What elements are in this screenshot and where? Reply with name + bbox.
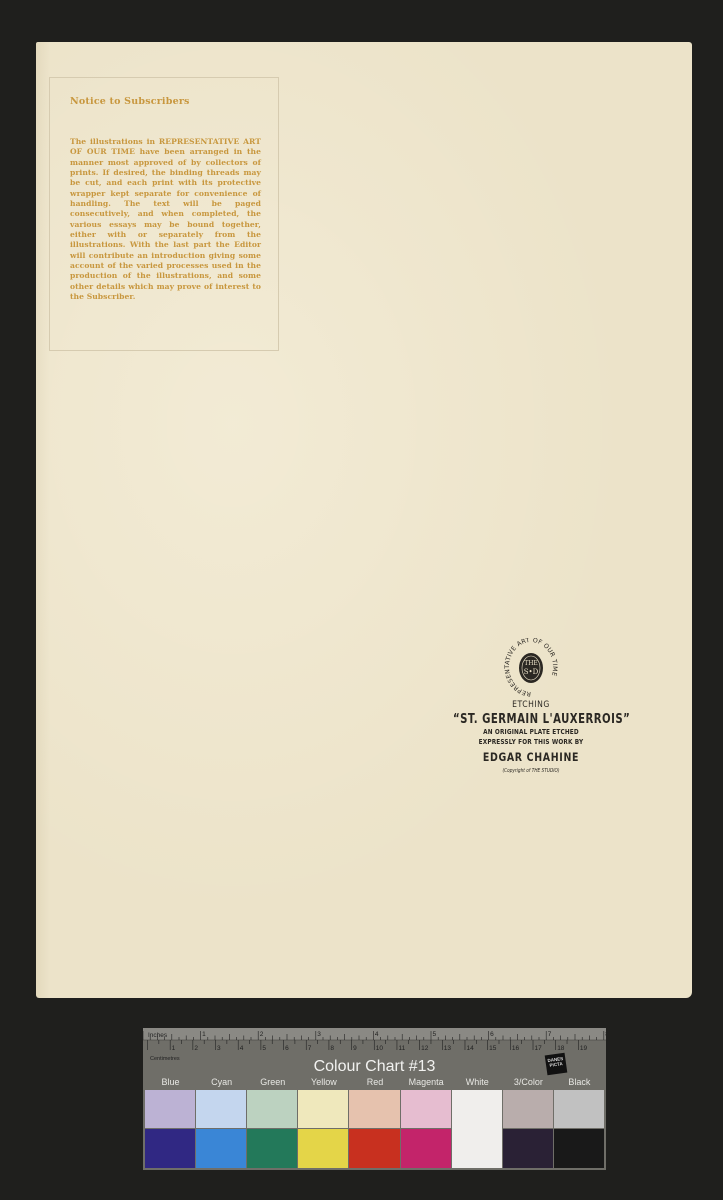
swatch-dark-blue: [145, 1129, 195, 1168]
svg-text:19: 19: [580, 1045, 588, 1052]
swatch-label: Green: [247, 1077, 298, 1087]
svg-text:2: 2: [194, 1045, 198, 1052]
swatch-label: 3/Color: [503, 1077, 554, 1087]
colour-swatches: [145, 1090, 605, 1168]
svg-text:5: 5: [433, 1031, 437, 1038]
colour-chart: InchesCentimetres12345678123456789101112…: [143, 1028, 606, 1170]
print-title: “ST. GERMAIN L'AUXERROIS”: [453, 712, 609, 727]
colophon: THE S•D REPRESENTATIVE ART OF OUR TIME E…: [431, 638, 631, 774]
swatch-light-cyan: [196, 1090, 246, 1128]
svg-text:1: 1: [202, 1031, 206, 1038]
swatch-light-blue: [145, 1090, 195, 1128]
description-line-2: EXPRESSLY FOR THIS WORK BY: [451, 737, 611, 747]
swatch-light-yellow: [298, 1090, 348, 1128]
svg-text:4: 4: [375, 1031, 379, 1038]
swatch-labels: BlueCyanGreenYellowRedMagentaWhite3/Colo…: [143, 1077, 606, 1089]
description-line-1: AN ORIGINAL PLATE ETCHED: [451, 727, 611, 737]
swatch-dark-magenta: [401, 1129, 451, 1168]
swatch-light-green: [247, 1090, 297, 1128]
svg-text:15: 15: [489, 1045, 497, 1052]
svg-text:2: 2: [260, 1031, 264, 1038]
svg-text:7: 7: [308, 1045, 312, 1052]
swatch-label: White: [452, 1077, 503, 1087]
svg-text:8: 8: [330, 1045, 334, 1052]
svg-text:12: 12: [421, 1045, 429, 1052]
copyright-note: (Copyright of THE STUDIO): [446, 768, 616, 774]
svg-text:13: 13: [444, 1045, 452, 1052]
svg-text:3: 3: [217, 1045, 221, 1052]
swatch-light-black: [554, 1090, 604, 1128]
svg-text:5: 5: [262, 1045, 266, 1052]
svg-text:11: 11: [398, 1045, 405, 1052]
notice-body: The illustrations in REPRESENTATIVE ART …: [70, 137, 261, 303]
svg-text:17: 17: [535, 1045, 543, 1052]
svg-text:Inches: Inches: [148, 1032, 168, 1039]
svg-text:S•D: S•D: [524, 668, 539, 676]
swatch-dark-black: [554, 1129, 604, 1168]
swatch-label: Cyan: [196, 1077, 247, 1087]
notice-box: Notice to Subscribers The illustrations …: [49, 77, 279, 351]
swatch-dark-cyan: [196, 1129, 246, 1168]
svg-text:6: 6: [490, 1031, 494, 1038]
svg-text:4: 4: [240, 1045, 244, 1052]
danes-picta-logo: DANES PICTA: [545, 1053, 568, 1076]
svg-text:7: 7: [548, 1031, 552, 1038]
svg-text:6: 6: [285, 1045, 289, 1052]
notice-title: Notice to Subscribers: [70, 96, 190, 107]
svg-text:18: 18: [557, 1045, 565, 1052]
swatch-label: Black: [554, 1077, 605, 1087]
svg-text:1: 1: [172, 1045, 176, 1052]
swatch-light-red: [349, 1090, 399, 1128]
swatch-light-3-color: [503, 1090, 553, 1128]
swatch-light-magenta: [401, 1090, 451, 1128]
studio-seal-icon: THE S•D REPRESENTATIVE ART OF OUR TIME: [503, 638, 559, 698]
svg-text:THE: THE: [524, 660, 538, 667]
document-page: Notice to Subscribers The illustrations …: [36, 42, 692, 998]
swatch-dark-yellow: [298, 1129, 348, 1168]
svg-text:3: 3: [317, 1031, 321, 1038]
swatch-light-white: [452, 1090, 502, 1168]
swatch-label: Magenta: [401, 1077, 452, 1087]
swatch-dark-red: [349, 1129, 399, 1168]
swatch-label: Yellow: [298, 1077, 349, 1087]
svg-text:10: 10: [376, 1045, 384, 1052]
medium-label: ETCHING: [446, 700, 616, 710]
svg-text:8: 8: [605, 1031, 606, 1038]
swatch-label: Blue: [145, 1077, 196, 1087]
swatch-label: Red: [349, 1077, 400, 1087]
measurement-ruler: InchesCentimetres12345678123456789101112…: [143, 1028, 606, 1062]
svg-text:16: 16: [512, 1045, 520, 1052]
colour-chart-title: Colour Chart #13: [143, 1058, 606, 1076]
svg-text:9: 9: [353, 1045, 357, 1052]
svg-text:14: 14: [466, 1045, 474, 1052]
swatch-dark-green: [247, 1129, 297, 1168]
swatch-dark-3-color: [503, 1129, 553, 1168]
artist-name: EDGAR CHAHINE: [449, 750, 613, 764]
